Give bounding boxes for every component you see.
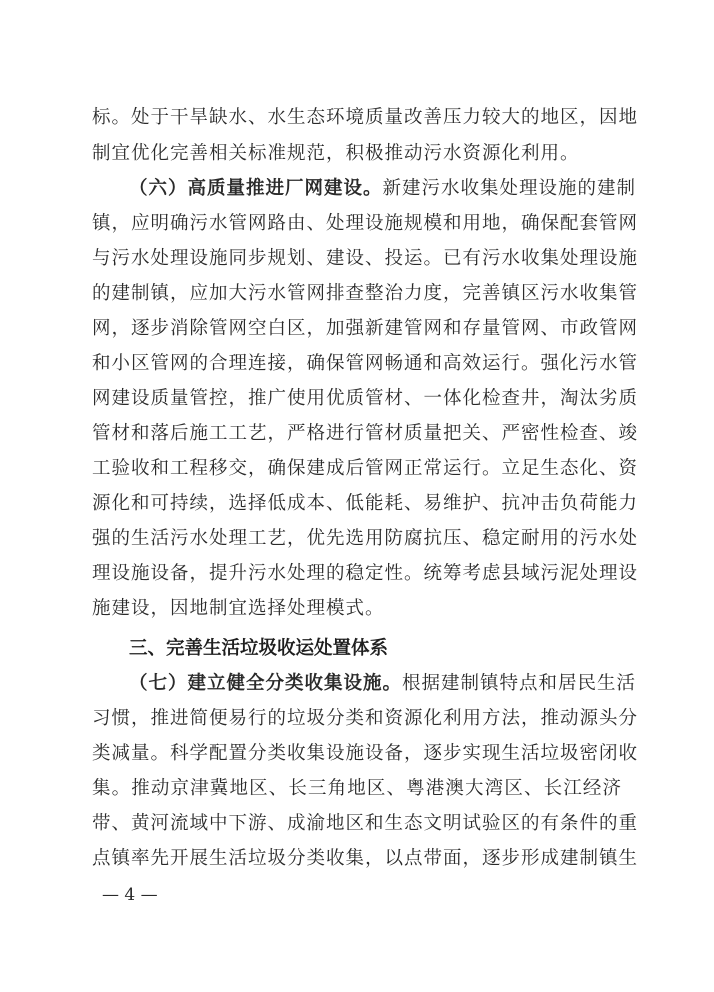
paragraph-line: 和小区管网的合理连接，确保管网畅通和高效运行。强化污水管 [92, 346, 622, 381]
paragraph-line: 制宜优化完善相关标准规范，积极推动污水资源化利用。 [92, 136, 622, 171]
section-7-heading: （七）建立健全分类收集设施。 [129, 673, 402, 694]
section-6-first-line-text: 新建污水收集处理设施的建制 [383, 178, 637, 199]
paragraph-line: 镇，应明确污水管网路由、处理设施规模和用地，确保配套管网 [92, 206, 622, 241]
section-7-first-line: （七）建立健全分类收集设施。根据建制镇特点和居民生活 [129, 666, 622, 701]
section-7-first-line-text: 根据建制镇特点和居民生活 [402, 673, 636, 694]
paragraph-line: 与污水处理设施同步规划、建设、投运。已有污水收集处理设施 [92, 241, 622, 276]
section-6-first-line: （六）高质量推进厂网建设。新建污水收集处理设施的建制 [129, 171, 622, 206]
paragraph-line: 的建制镇，应加大污水管网排查整治力度，完善镇区污水收集管 [92, 276, 622, 311]
paragraph-line: 点镇率先开展生活垃圾分类收集，以点带面，逐步形成建制镇生 [92, 841, 622, 876]
paragraph-line: 施建设，因地制宜选择处理模式。 [92, 591, 622, 626]
paragraph-line: 集。推动京津冀地区、长三角地区、粤港澳大湾区、长江经济 [92, 771, 622, 806]
paragraph-line: 理设施设备，提升污水处理的稳定性。统筹考虑县域污泥处理设 [92, 556, 622, 591]
page-number: — 4 — [102, 880, 158, 910]
paragraph-line: 习惯，推进简便易行的垃圾分类和资源化利用方法，推动源头分 [92, 701, 622, 736]
section-6-heading: （六）高质量推进厂网建设。 [129, 178, 383, 199]
paragraph-line: 网建设质量管控，推广使用优质管材、一体化检查井，淘汰劣质 [92, 381, 622, 416]
paragraph-line: 类减量。科学配置分类收集设施设备，逐步实现生活垃圾密闭收 [92, 736, 622, 771]
paragraph-line: 管材和落后施工工艺，严格进行管材质量把关、严密性检查、竣 [92, 416, 622, 451]
paragraph-line: 工验收和工程移交，确保建成后管网正常运行。立足生态化、资 [92, 451, 622, 486]
section-heading-3: 三、完善生活垃圾收运处置体系 [129, 631, 388, 666]
paragraph-line: 标。处于干旱缺水、水生态环境质量改善压力较大的地区，因地 [92, 100, 622, 135]
paragraph-line: 源化和可持续，选择低成本、低能耗、易维护、抗冲击负荷能力 [92, 486, 622, 521]
document-page: 标。处于干旱缺水、水生态环境质量改善压力较大的地区，因地 制宜优化完善相关标准规… [0, 0, 714, 992]
paragraph-line: 强的生活污水处理工艺，优先选用防腐抗压、稳定耐用的污水处 [92, 521, 622, 556]
paragraph-line: 带、黄河流域中下游、成渝地区和生态文明试验区的有条件的重 [92, 806, 622, 841]
paragraph-line: 网，逐步消除管网空白区，加强新建管网和存量管网、市政管网 [92, 311, 622, 346]
